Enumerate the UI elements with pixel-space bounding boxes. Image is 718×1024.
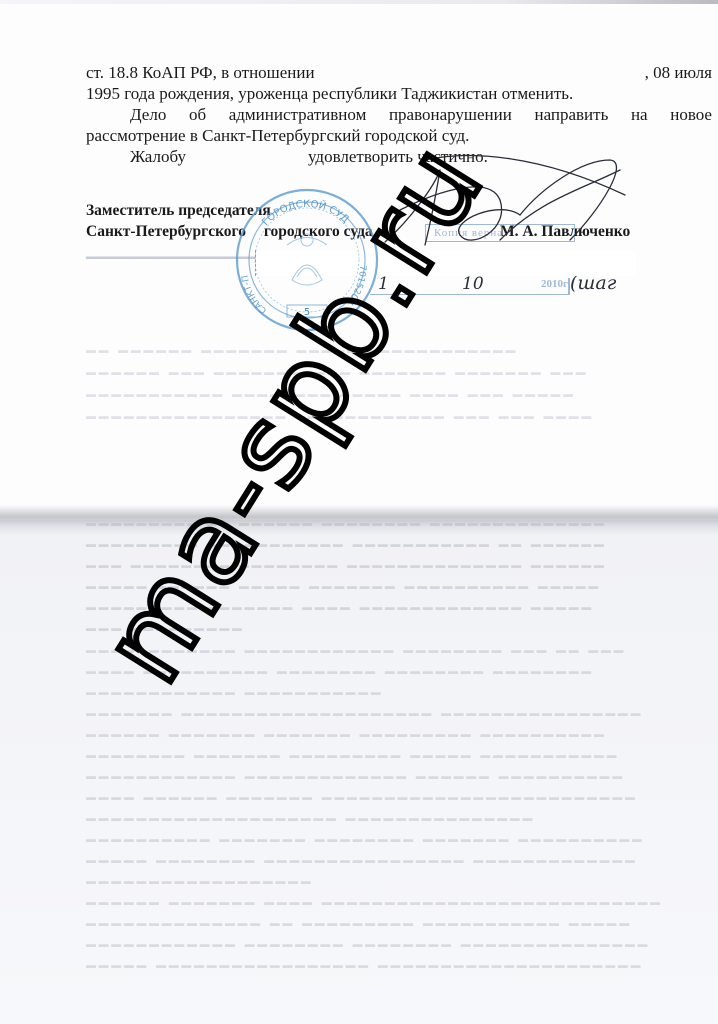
signer-title-city: Санкт-Петербургского — [86, 223, 246, 240]
bleed-through-paragraph-2: ━━━━━━━━━ ━━ ━━━━━━ ━━━━━━━━ ━━━━━━━━━━━… — [86, 515, 686, 641]
word: об — [189, 104, 206, 125]
word: новое — [670, 104, 712, 125]
birth-origin-text: 1995 года рождения, уроженца республики … — [86, 84, 573, 103]
handwritten-signature-icon — [380, 150, 630, 260]
word: направить — [534, 104, 608, 125]
bleed-through-paragraph-3: ━━━━━━━━━━━━ ━━━━━━━━━━━━ ━━━━━━━━ ━━━ ━… — [86, 642, 686, 978]
scan-edge-shadow — [0, 0, 718, 4]
court-seal-stamp-icon: ГОРОДСКОЙ СУД САНКТ-П 7015207 5 — [232, 185, 382, 335]
copy-year: 2010г — [541, 278, 568, 290]
copy-month-handwritten: 10 — [462, 274, 484, 294]
body-line-2: 1995 года рождения, уроженца республики … — [86, 83, 714, 104]
body-line-1: ст. 18.8 КоАП РФ, в отношении , 08 июля — [86, 62, 712, 83]
svg-text:ГОРОДСКОЙ СУД: ГОРОДСКОЙ СУД — [260, 198, 351, 228]
word: на — [631, 104, 648, 125]
word: административном — [229, 104, 367, 125]
svg-text:5: 5 — [304, 307, 310, 318]
body-line-4: рассмотрение в Санкт-Петербургский город… — [86, 125, 714, 146]
complaint-label: Жалобу — [130, 147, 186, 166]
word: правонарушении — [389, 104, 512, 125]
svg-text:САНКТ-П: САНКТ-П — [241, 274, 269, 315]
bleed-through-paragraph-1: ━━ ━━━━━━ ━━━━━━━ ━━━━━ ━━━━━━━━━━━━ ━━━… — [86, 342, 646, 430]
scanned-document-page: ▁▁▁▁▁▁▁▁▁▁▁▁▁▁▁▁▁▁▁▁▁▁▁ ━━ ━━━━━━ ━━━━━━… — [0, 0, 718, 1024]
body-line-3: Дело об административном правонарушении … — [86, 104, 712, 125]
article-reference-text: ст. 18.8 КоАП РФ, в отношении — [86, 62, 315, 83]
birth-date-text: , 08 июля — [645, 62, 712, 83]
referral-text: рассмотрение в Санкт-Петербургский город… — [86, 126, 469, 145]
word: Дело — [130, 104, 166, 125]
